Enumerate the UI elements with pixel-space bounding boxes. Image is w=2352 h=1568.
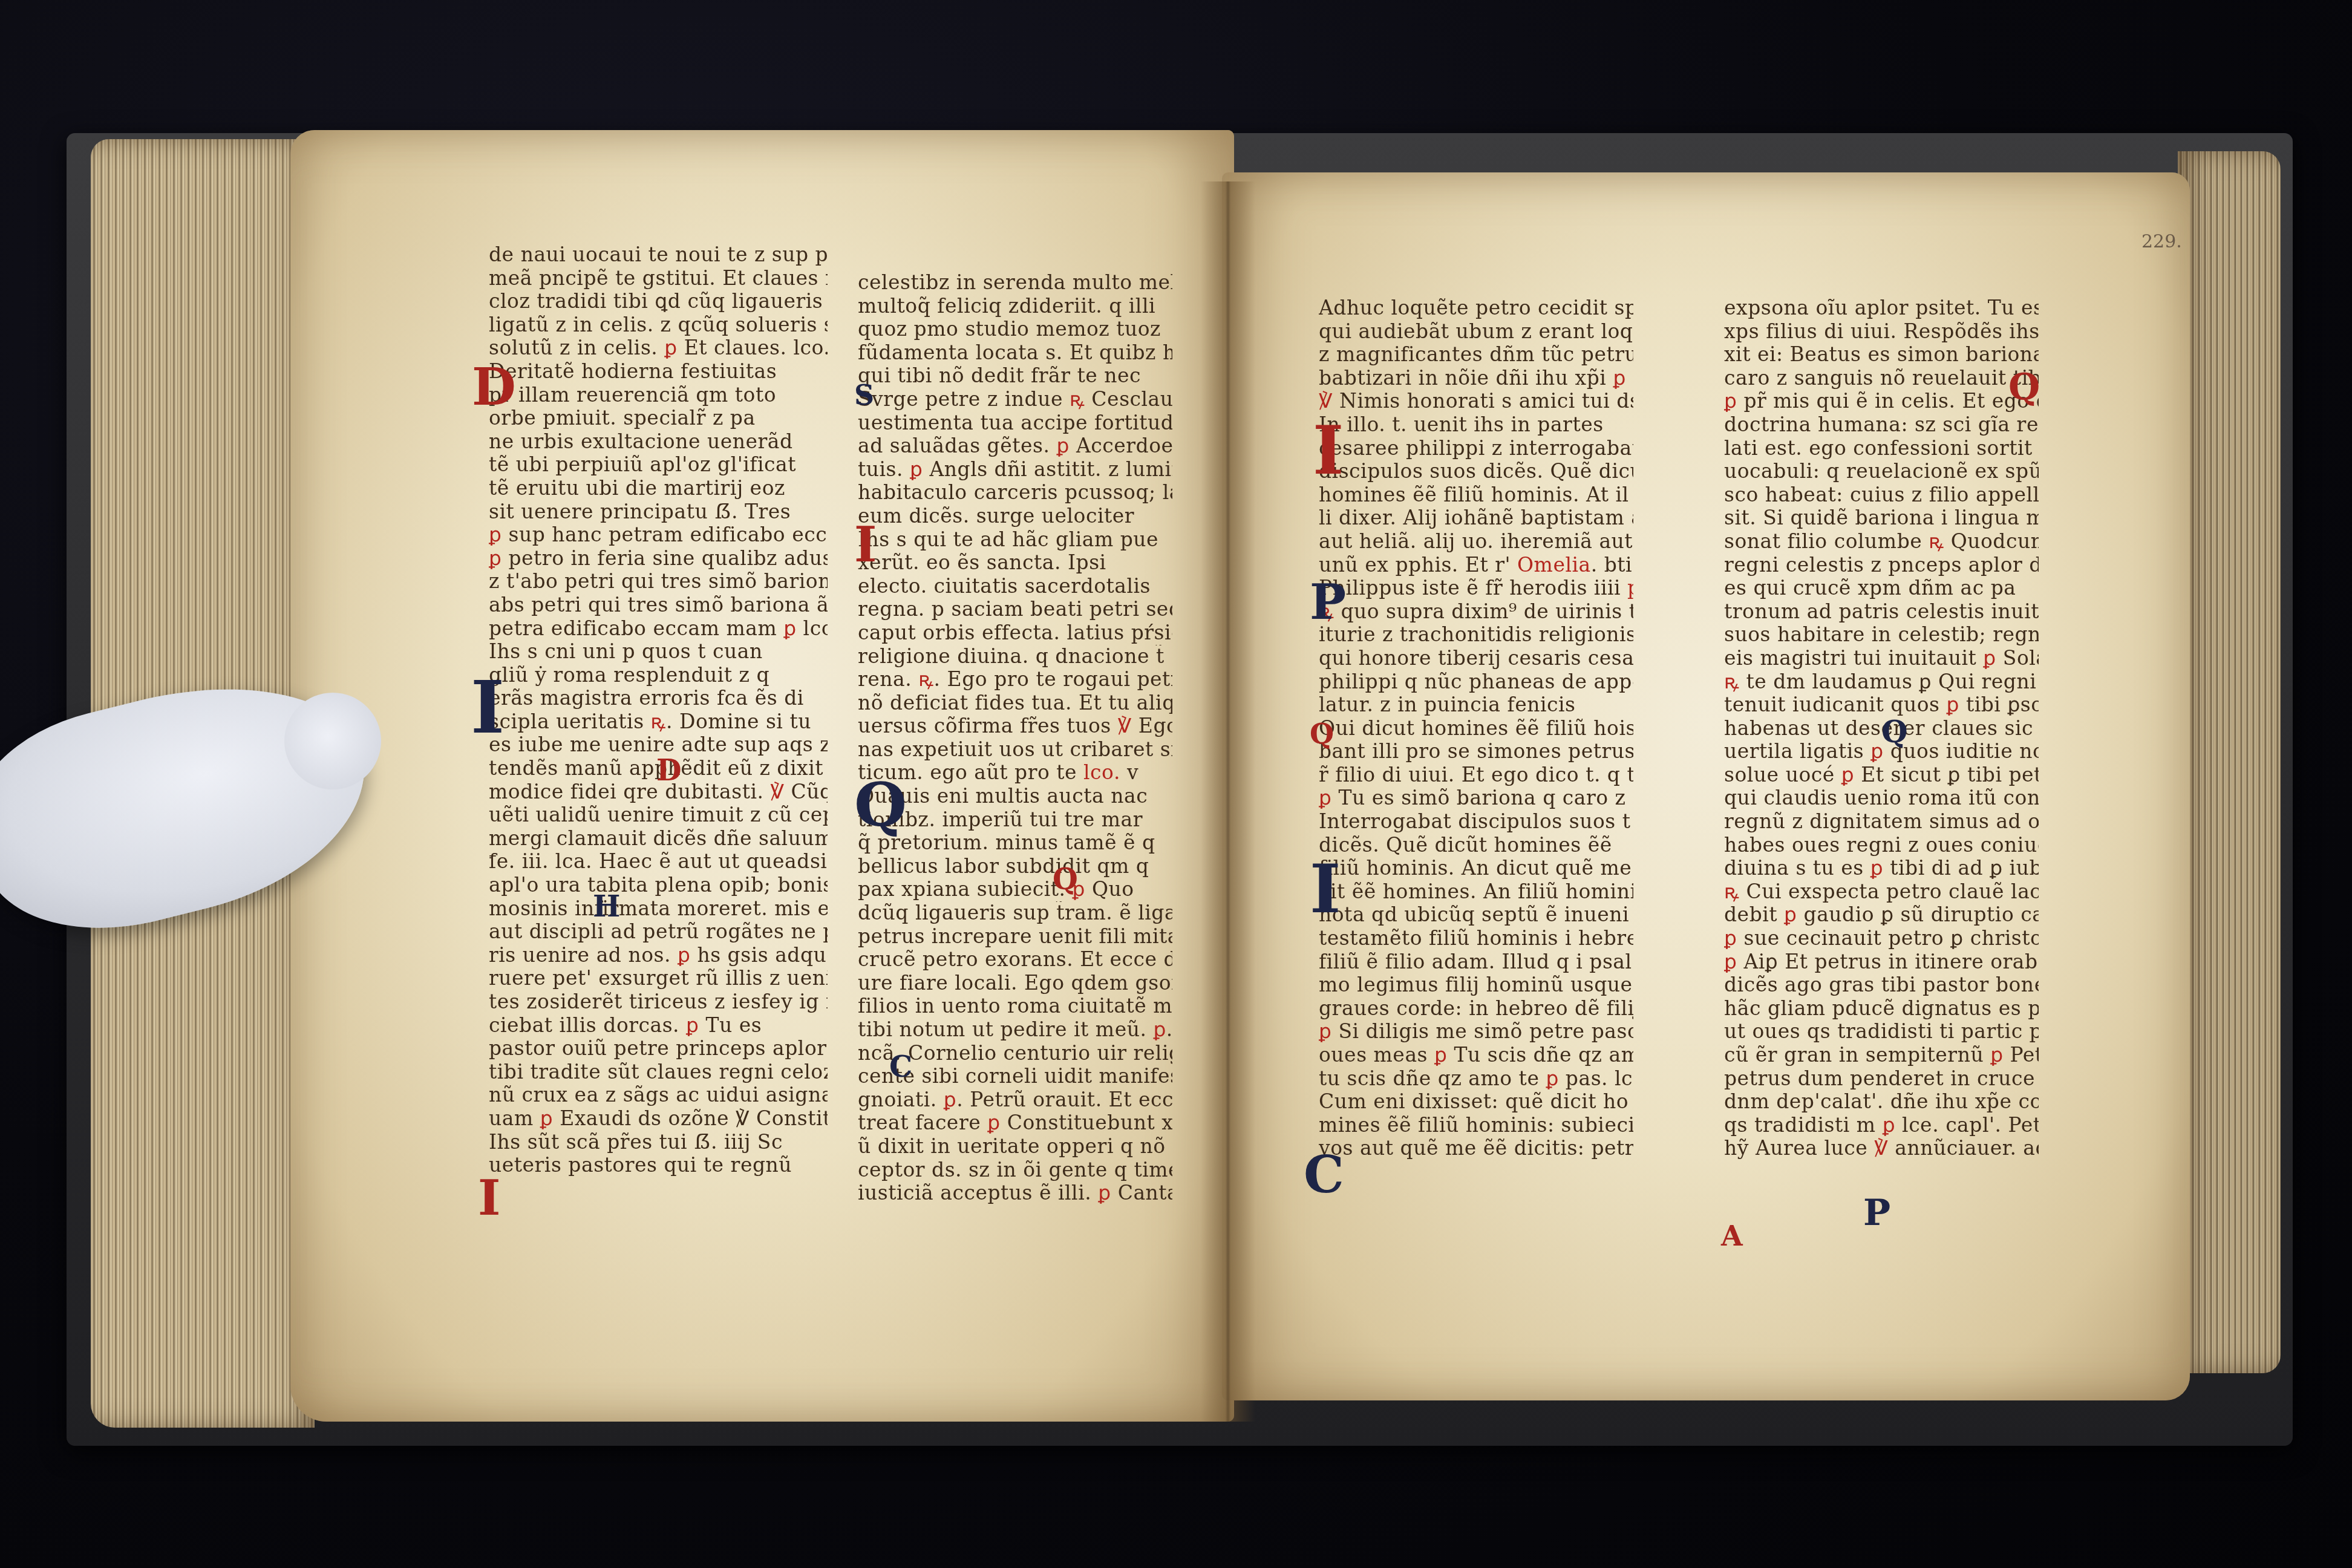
manuscript-line: tibi tradite sũt claues regni celoz	[489, 1060, 828, 1084]
manuscript-line: iusticiã acceptus ẽ illi. ꝑ Cantate dño.…	[858, 1181, 1172, 1205]
manuscript-line: ꝶ te dm laudamus ꝑ Qui regni claues	[1724, 670, 2039, 694]
manuscript-line: tẽ eruitu ubi die martirij eoz	[489, 477, 828, 500]
manuscript-line: tes zosiderẽt tiriceus z iesfey ig fa	[489, 990, 828, 1014]
manuscript-line: nas expetiuit uos ut cribaret sicut tri	[858, 738, 1172, 762]
initial-p-blue: P	[1310, 578, 1346, 626]
manuscript-line: cũ ẽr gran in sempiternũ ꝑ Petrus beat	[1724, 1044, 2039, 1067]
manuscript-line: sit uenere principatu ẞ. Tres	[489, 500, 828, 524]
manuscript-line: mosinis infirmata moreret. mis erũt	[489, 897, 828, 921]
manuscript-line: suos habitare in celestib; regna ad domũ	[1724, 623, 2039, 647]
manuscript-line: ruere pet' exsurget rũ illis z uenit	[489, 967, 828, 990]
manuscript-line: ciebat illis dorcas. ꝑ Tu es	[489, 1014, 828, 1037]
manuscript-line: pastor ouiũ petre princeps aplor:	[489, 1037, 828, 1060]
manuscript-line: expsona oĩu aplor psitet. Tu es	[1724, 296, 2039, 320]
manuscript-line: debit ꝑ gaudio ꝑ sũ diruptio capit futur…	[1724, 903, 2039, 927]
manuscript-line: xps filius di uiui. Respõdẽs ihs di	[1724, 320, 2039, 344]
manuscript-line: caro z sanguis nõ reuelauit tibi	[1724, 367, 2039, 390]
manuscript-line: habes oues regni z oues coniugiũ ad	[1724, 834, 2039, 857]
initial-a-red: A	[1721, 1222, 1743, 1250]
initial-c-blue-2: C	[1304, 1149, 1344, 1200]
manuscript-line: ꝑ sue cecinauit petro ꝑ christo ꝑ	[1724, 927, 2039, 950]
manuscript-line: xit ei: Beatus es simon bariona qz	[1724, 343, 2039, 367]
initial-q-blue-2: Q	[1881, 717, 1908, 747]
manuscript-line: qui tibi nõ dedit frãr te nec	[858, 364, 1172, 388]
manuscript-line: apl'o ura tabita plena opib; bonis ele	[489, 874, 828, 897]
manuscript-line: qui claudis uenio roma itũ coniugũ ꝑ	[1724, 786, 2039, 810]
initial-i-red: I	[478, 1174, 500, 1222]
manuscript-line: filios in uento roma ciuitatẽ meã ẞ	[858, 995, 1172, 1018]
manuscript-line: scipla ueritatis ꝶ. Domine si tu	[489, 710, 828, 734]
manuscript-line: ꝑ pr̃ mis qui ẽ in celis. Et ego dico ei	[1724, 390, 2039, 413]
manuscript-line: dicẽs ago gras tibi pastor bone q me ad	[1724, 973, 2039, 997]
manuscript-line: de naui uocaui te noui te z sup plebe	[489, 243, 828, 267]
manuscript-line: gliũ ẏ roma resplenduit z q	[489, 664, 828, 687]
manuscript-line: xerũt. eo ẽs sancta. Ipsi	[858, 551, 1172, 575]
manuscript-line: filiũ hominis. An dicut quẽ me di	[1319, 857, 1633, 880]
initial-q-red-2: Q	[1310, 720, 1334, 748]
manuscript-line: orbe pmiuit. specialr̃ z pa	[489, 407, 828, 430]
manuscript-line: graues corde: in hebreo dẽ filij adi	[1319, 997, 1633, 1021]
manuscript-line: sonat filio columbe ꝶ Quodcunq	[1724, 530, 2039, 554]
manuscript-line: babtizari in nõie dñi ihu xp̃i ꝑ Dñs reg…	[1319, 367, 1633, 390]
manuscript-line: regni celestis z pnceps aplor dignatus	[1724, 554, 2039, 577]
manuscript-line: ad saluãdas gẽtes. ꝑ Accerdoe cathene de…	[858, 434, 1172, 458]
manuscript-line: dcũq ligaueris sup t̃ram. ẽ ligatũ	[858, 901, 1172, 925]
manuscript-line: petra edificabo eccam mam ꝑ lco. iij.	[489, 617, 828, 641]
manuscript-line: regna. p saciam beati petri sedem	[858, 598, 1172, 621]
manuscript-line: gnoiati. ꝑ. Petrũ orauit. Et ecce ut	[858, 1088, 1172, 1112]
initial-q-red-3: Q	[2008, 369, 2040, 405]
manuscript-line: caput orbis effecta. latius pŕsides	[858, 621, 1172, 645]
manuscript-line: nõ deficiat fides tua. Et tu aliqñ cõ	[858, 691, 1172, 715]
manuscript-line: Svrge petre z indue ꝶ Cesclauit	[858, 388, 1172, 411]
manuscript-line: mo legimus filij hominũ usqueqo	[1319, 973, 1633, 997]
right-page-column-1: Adhuc loquẽte petro cecidit sps scs sup …	[1319, 296, 1633, 1160]
manuscript-line: z magnificantes dñm tũc petrus iussit eo…	[1319, 343, 1633, 367]
manuscript-line: regnũ z dignitatem simus ad ouile ipsm	[1724, 810, 2039, 834]
manuscript-line: uersus cõfirma fr̃es tuos ℣ Ego di	[858, 714, 1172, 738]
manuscript-line: mines ẽẽ filiũ hominis: subiecit.	[1319, 1114, 1633, 1137]
manuscript-line: Qui dicut homines ẽẽ filiũ hois dice	[1319, 717, 1633, 740]
initial-h-blue: H	[593, 892, 620, 921]
manuscript-line: bellicus labor subdidit qm q	[858, 855, 1172, 878]
initial-d-red-2: D	[656, 756, 682, 785]
manuscript-line: petrus increpare uenit fili mita male de…	[858, 925, 1172, 949]
manuscript-line: diuina s tu es ꝑ tibi di ad ꝑ iubilate.	[1724, 857, 2039, 880]
manuscript-line: nota qd ubicũq septũ ẽ inueni	[1319, 903, 1633, 927]
manuscript-line: vos aut quẽ me ẽẽ dicitis: petr'	[1319, 1137, 1633, 1160]
manuscript-line: Ihs s cni uni p quos t cuan	[489, 640, 828, 664]
manuscript-line: discipulos suos dicẽs. Quẽ dicut	[1319, 460, 1633, 483]
manuscript-line: tibi notum ut pedire it meũ. ꝑ. iiij an	[858, 1018, 1172, 1042]
manuscript-line: cesaree philippi z interrogabat	[1319, 437, 1633, 460]
manuscript-line: In illo. t. uenit ihs in partes	[1319, 413, 1633, 437]
manuscript-line: ligatũ z in celis. z qcũq solueris sr̃ t…	[489, 313, 828, 337]
initial-p-blue-2: P	[1863, 1195, 1890, 1231]
initial-i-blue: I	[471, 671, 505, 744]
manuscript-line: tenuit iudicanit quos ꝑ tibi ꝑsoncanit	[1724, 693, 2039, 717]
manuscript-line: uẽti ualidũ uenire timuit z cũ cepisset	[489, 803, 828, 827]
manuscript-line: ℣ Nimis honorati s amici tui ds ꝗ Mathm	[1319, 390, 1633, 413]
manuscript-line: es qui crucẽ xpm dñm ac pa	[1724, 577, 2039, 600]
manuscript-line: hỹ Aurea luce ℣ annũciauer. ad	[1724, 1137, 2039, 1160]
manuscript-line: aut heliã. alij uo. iheremiã aut	[1319, 530, 1633, 554]
manuscript-line: petrus dum penderet in cruce alac uultu	[1724, 1067, 2039, 1091]
manuscript-line: abs petri qui tres simõ bariona ã	[489, 593, 828, 617]
manuscript-line: pr̃ illam reuerenciã qm toto	[489, 384, 828, 407]
initial-q-blue: Q	[854, 774, 907, 835]
manuscript-line: tuis. ꝑ Angls dñi astitit. z lumine refu…	[858, 458, 1172, 482]
manuscript-line: rena. ꝶ. Ego pro te rogaui petre ut	[858, 668, 1172, 691]
manuscript-line: cit ẽẽ homines. An filiũ hominis.	[1319, 880, 1633, 904]
manuscript-line: ut oues qs tradidisti ti partic pẽr me	[1724, 1020, 2039, 1044]
manuscript-line: mergi clamauit dicẽs dñe saluum me fac	[489, 827, 828, 851]
manuscript-line: cloz tradidi tibi ꝗd cũq ligaueris sr̃ t…	[489, 290, 828, 313]
manuscript-line: doctrina humana: sz sci gĩa reue	[1724, 413, 2039, 437]
manuscript-line: ure fiare locali. Ego qdem gsofaty tibi …	[858, 972, 1172, 995]
manuscript-line: sco habeat: cuius z filio appellanti	[1724, 483, 2039, 507]
right-page-stack	[2178, 151, 2281, 1373]
manuscript-line: electo. ciuitatis sacerdotalis	[858, 575, 1172, 598]
manuscript-line: ꝑ Aiꝑ Et petrus in itinere orabat dñm	[1724, 950, 2039, 974]
manuscript-line: eis magistri tui inuitauit ꝑ Sola ꝑ laut	[1724, 647, 2039, 670]
manuscript-line: oues meas ꝑ Tu scis dñe qz amo te	[1319, 1044, 1633, 1067]
book-gutter	[1201, 181, 1255, 1422]
manuscript-line: ne urbis exultacione uenerãd	[489, 430, 828, 454]
manuscript-line: Interrogabat discipulos suos t uiij	[1319, 810, 1633, 834]
initial-q-red: Q	[1053, 865, 1078, 894]
initial-i-red-2: I	[854, 520, 877, 569]
manuscript-line: multoq̃ feliciq zdideriit. q illi	[858, 295, 1172, 318]
manuscript-line: crucẽ petro exorans. Et ecce de cruce ai…	[858, 948, 1172, 972]
manuscript-line: qui honore tiberij cesaris cesarea	[1319, 647, 1633, 670]
manuscript-line: aut discipli ad petrũ rogãtes ne pigri	[489, 920, 828, 944]
manuscript-line: nũ crux ea z sãgs ac uidui asigna in	[489, 1083, 828, 1107]
manuscript-line: testamẽto filiũ hominis i hebreo	[1319, 927, 1633, 950]
left-page-column-1: de naui uocaui te noui te z sup plebemeã…	[489, 243, 828, 1177]
manuscript-line: tronum ad patris celestis inuitauit ꝑ Ce…	[1724, 600, 2039, 624]
manuscript-line: Ihs s qui te ad hãc gliam pue	[858, 528, 1172, 552]
manuscript-line: homines ẽẽ filiũ hominis. At il	[1319, 483, 1633, 507]
manuscript-line: ris uenire ad nos. ꝑ hs gsis adque	[489, 944, 828, 967]
manuscript-line: erãs magistra erroris fca ẽs di	[489, 687, 828, 710]
manuscript-line: li dixer. Alij iohãnẽ baptistam alij	[1319, 506, 1633, 530]
manuscript-line: bant illi pro se simones petrus dixit	[1319, 740, 1633, 763]
manuscript-line: eum dicẽs. surge uelociter	[858, 505, 1172, 528]
manuscript-line: habitaculo carceris pcussoq; latere petr…	[858, 481, 1172, 505]
manuscript-line: Adhuc loquẽte petro cecidit sps scs sup …	[1319, 296, 1633, 320]
manuscript-line: dnm dep'calat'. dñe ihu xp̃e comẽdo t ou…	[1724, 1090, 2039, 1114]
manuscript-line: uestimenta tua accipe fortitudinem	[858, 411, 1172, 435]
manuscript-line: latur. z in puincia fenicis	[1319, 693, 1633, 717]
manuscript-line: ceptor ds. sz in õi gente q timet dñm z …	[858, 1158, 1172, 1182]
manuscript-line: philippi q nũc phaneas de appel	[1319, 670, 1633, 694]
manuscript-line: tu scis dñe qz amo te ꝑ pas. lco. ix z —	[1319, 1067, 1633, 1091]
manuscript-line: solutũ z in celis. ꝑ Et claues. lco. ij …	[489, 336, 828, 360]
initial-d-red: D	[472, 362, 516, 413]
manuscript-line: unũ ex pphis. Et r' Omelia. bti ihom	[1319, 554, 1633, 577]
manuscript-line: ꝶ Cui exspecta petro clauẽ lacrimas fu	[1724, 880, 2039, 904]
manuscript-line: hãc gliam pducẽ dignatus es petro nãq	[1724, 997, 2039, 1021]
manuscript-line: tẽ ubi perpiuiũ apl'oz gl'ificat	[489, 453, 828, 477]
manuscript-line: ꝑ Si diligis me simõ petre pasce	[1319, 1020, 1633, 1044]
manuscript-line: ueteris pastores qui te regnũ	[489, 1154, 828, 1177]
manuscript-line: religione diuina. q dnacione t̃	[858, 645, 1172, 668]
manuscript-line: ꝑ Tu es simõ bariona q caro z sanguis	[1319, 786, 1633, 810]
manuscript-line: Cum eni dixisset: quẽ dicit ho	[1319, 1090, 1633, 1114]
manuscript-line: ꝑ petro in feria sine qualibz adusis ei	[489, 547, 828, 570]
manuscript-line: celestibz in serenda multo melius	[858, 271, 1172, 295]
manuscript-line: qs tradidisti m ꝑ lce. capl'. Petrus q d…	[1724, 1114, 2039, 1137]
manuscript-line: Philippus iste ẽ fr̃ herodis iiii pbri	[1319, 577, 1633, 600]
manuscript-line: Deritatẽ hodierna festiuitas	[489, 360, 828, 384]
manuscript-line: ẝe. iii. lca. Haec ẽ aut ut queadsi	[489, 850, 828, 874]
manuscript-line: uocabuli: q reuelacionẽ ex spũ	[1724, 460, 2039, 483]
manuscript-line: pax xpiana subiecit. ꝑ Quo	[858, 878, 1172, 901]
glove-fingertip	[284, 693, 381, 789]
manuscript-line: treat facere ꝑ Constituebunt x Apies pet…	[858, 1111, 1172, 1135]
manuscript-line: z t'abo petri qui tres simõ barionã q:	[489, 570, 828, 593]
initial-c-blue: C	[889, 1053, 912, 1082]
manuscript-line: filiũ ẽ filio adam. Illud q i psal	[1319, 950, 1633, 974]
folio-number: 229.	[2141, 231, 2182, 252]
manuscript-line: r̃ filio di uiui. Et ego dico t. q tu es	[1319, 763, 1633, 787]
manuscript-line: dicẽs. Quẽ dicũt homines ẽẽ	[1319, 834, 1633, 857]
manuscript-line: quoz pmo studio memoz tuoz	[858, 318, 1172, 341]
initial-s-blue: S	[854, 381, 874, 409]
manuscript-line: Ihs sũt scã pr̃es tui ẞ. iiij Sc	[489, 1131, 828, 1154]
manuscript-line: qui audiebãt ubum z erant loquẽtes lingu…	[1319, 320, 1633, 344]
manuscript-line: solue uocé ꝑ Et sicut ꝑ tibi petro aplo	[1724, 763, 2039, 787]
manuscript-line: fũdamenta locata s. Et quibz his	[858, 341, 1172, 365]
manuscript-line: ũ dixit in ueritate opperi q nõ ẽ psonaz…	[858, 1135, 1172, 1158]
manuscript-line: sit. Si quidẽ bariona i lingua ma	[1724, 506, 2039, 530]
manuscript-line: ꝶ quo supra dixim⁹ de uirinis te tetrarc…	[1319, 600, 1633, 624]
manuscript-line: iturie z trachonitidis religionis	[1319, 623, 1633, 647]
initial-i-red-3: I	[1313, 417, 1344, 484]
manuscript-line: meã pncipẽ te gstitui. Et claues regni	[489, 267, 828, 290]
manuscript-line: lati est. ego confessioni sortit	[1724, 437, 2039, 460]
manuscript-line: ꝑ sup hanc petram edificabo eccam meã	[489, 523, 828, 547]
initial-i-blue-2: I	[1310, 856, 1341, 923]
manuscript-line: uam ꝑ Exaudi ds ozõne ℣ Constitues eos	[489, 1107, 828, 1131]
